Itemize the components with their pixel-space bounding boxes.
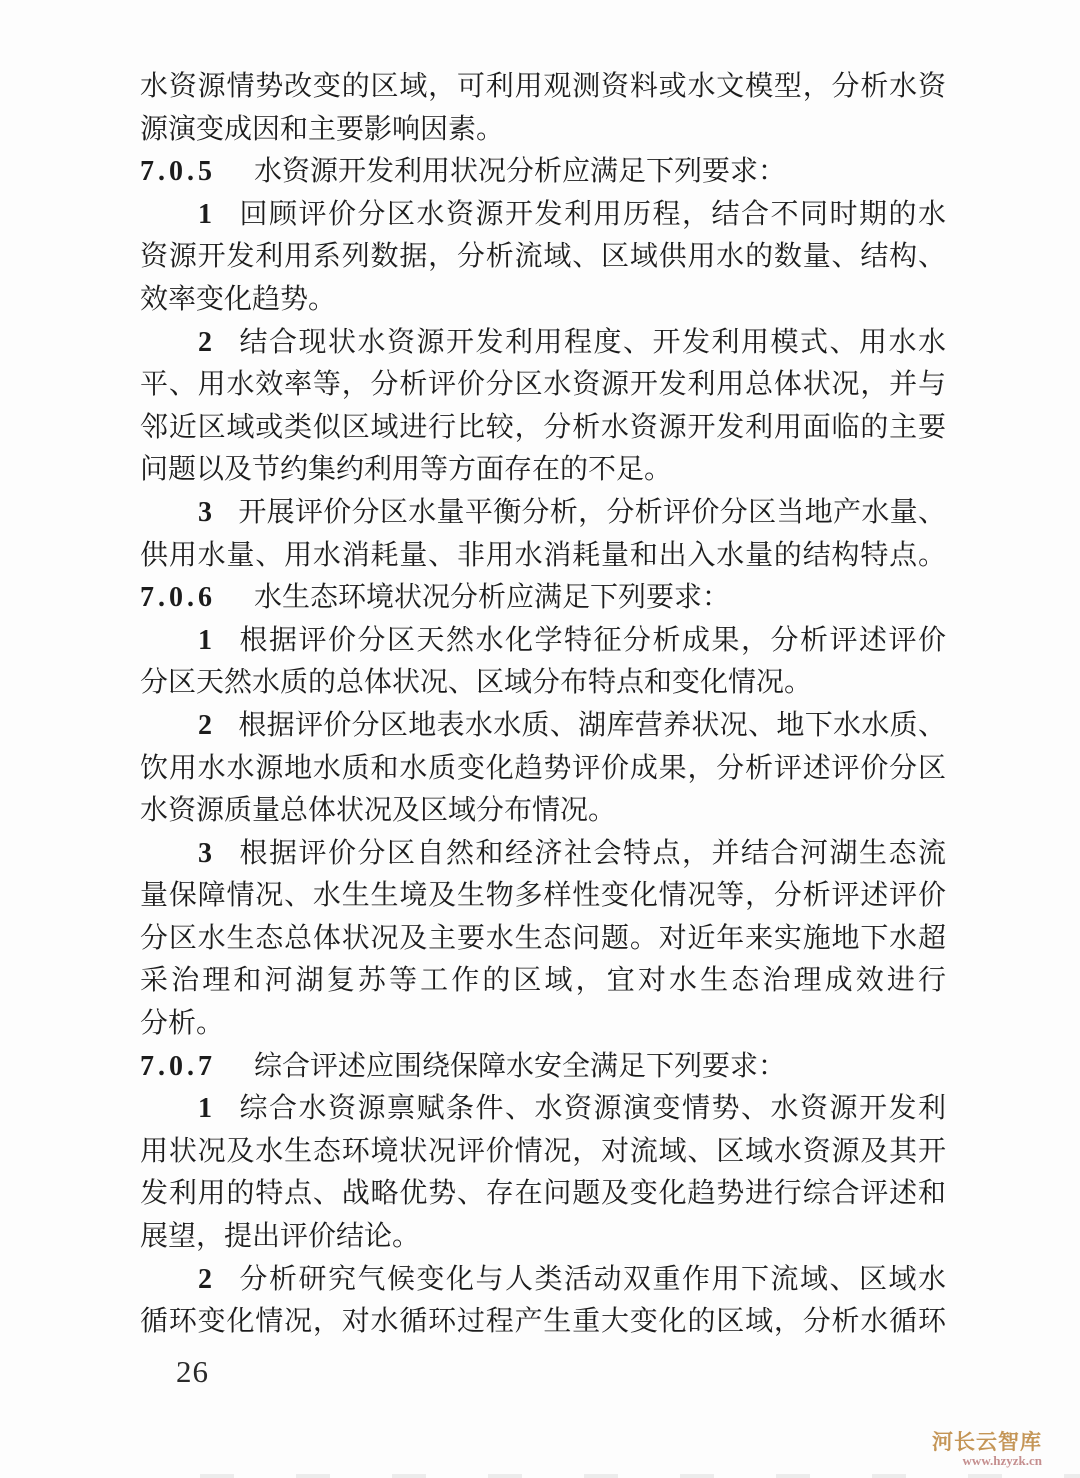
- section-number: 7.0.6: [140, 582, 216, 613]
- watermark-title: 河长云智库: [932, 1432, 1042, 1454]
- line-text: 分区水生态总体状况及主要水生态问题。对近年来实施地下水超: [140, 923, 946, 954]
- item-number: 1: [198, 1093, 212, 1124]
- text-block: 水资源情势改变的区域，可利用观测资料或水文模型，分析水资源演变成因和主要影响因素…: [140, 66, 946, 1344]
- item-number: 2: [198, 710, 212, 741]
- item-number: 1: [198, 199, 212, 230]
- line-text: 供用水量、用水消耗量、非用水消耗量和出入水量的结构特点。: [140, 540, 946, 571]
- text-line: 平、用水效率等，分析评价分区水资源开发利用总体状况，并与: [140, 364, 946, 407]
- line-text: 源演变成因和主要影响因素。: [140, 114, 504, 145]
- text-line: 3开展评价分区水量平衡分析，分析评价分区当地产水量、: [140, 492, 946, 535]
- section-number: 7.0.5: [140, 156, 216, 187]
- item-number: 2: [198, 327, 212, 358]
- section-number: 7.0.7: [140, 1051, 216, 1082]
- text-line: 1综合水资源禀赋条件、水资源演变情势、水资源开发利: [140, 1088, 946, 1131]
- line-text: 综合水资源禀赋条件、水资源演变情势、水资源开发利: [238, 1093, 946, 1124]
- line-text: 水资源情势改变的区域，可利用观测资料或水文模型，分析水资: [140, 71, 946, 102]
- text-line: 发利用的特点、战略优势、存在问题及变化趋势进行综合评述和: [140, 1173, 946, 1216]
- line-text: 循环变化情况，对水循环过程产生重大变化的区域，分析水循环: [140, 1306, 946, 1337]
- text-line: 量保障情况、水生生境及生物多样性变化情况等，分析评述评价: [140, 875, 946, 918]
- line-text: 根据评价分区天然水化学特征分析成果，分析评述评价: [238, 625, 946, 656]
- text-line: 水资源质量总体状况及区域分布情况。: [140, 790, 946, 833]
- text-line: 1根据评价分区天然水化学特征分析成果，分析评述评价: [140, 620, 946, 663]
- watermark-url: www.hzyzk.cn: [932, 1454, 1042, 1468]
- text-line: 7.0.6水生态环境状况分析应满足下列要求：: [140, 577, 946, 620]
- text-line: 资源开发利用系列数据，分析流域、区域供用水的数量、结构、: [140, 236, 946, 279]
- line-text: 水生态环境状况分析应满足下列要求：: [254, 582, 730, 613]
- line-text: 效率变化趋势。: [140, 284, 336, 315]
- text-line: 用状况及水生态环境状况评价情况，对流域、区域水资源及其开: [140, 1131, 946, 1174]
- line-text: 邻近区域或类似区域进行比较，分析水资源开发利用面临的主要: [140, 412, 946, 443]
- text-line: 分区天然水质的总体状况、区域分布特点和变化情况。: [140, 662, 946, 705]
- text-line: 7.0.7综合评述应围绕保障水安全满足下列要求：: [140, 1046, 946, 1089]
- document-page: 水资源情势改变的区域，可利用观测资料或水文模型，分析水资源演变成因和主要影响因素…: [0, 0, 1080, 1478]
- item-number: 3: [198, 497, 212, 528]
- text-line: 水资源情势改变的区域，可利用观测资料或水文模型，分析水资: [140, 66, 946, 109]
- line-text: 开展评价分区水量平衡分析，分析评价分区当地产水量、: [238, 497, 946, 528]
- line-text: 分析。: [140, 1008, 224, 1039]
- item-number: 3: [198, 838, 212, 869]
- text-line: 效率变化趋势。: [140, 279, 946, 322]
- line-text: 水资源质量总体状况及区域分布情况。: [140, 795, 616, 826]
- page-number: 26: [176, 1352, 209, 1392]
- item-number: 2: [198, 1264, 212, 1295]
- line-text: 分区天然水质的总体状况、区域分布特点和变化情况。: [140, 667, 812, 698]
- line-text: 展望，提出评价结论。: [140, 1221, 420, 1252]
- text-line: 2分析研究气候变化与人类活动双重作用下流域、区域水: [140, 1259, 946, 1302]
- watermark: 河长云智库 www.hzyzk.cn: [932, 1432, 1042, 1468]
- text-line: 3根据评价分区自然和经济社会特点，并结合河湖生态流: [140, 833, 946, 876]
- line-text: 回顾评价分区水资源开发利用历程，结合不同时期的水: [238, 199, 946, 230]
- line-text: 根据评价分区地表水水质、湖库营养状况、地下水水质、: [238, 710, 946, 741]
- line-text: 饮用水水源地水质和水质变化趋势评价成果，分析评述评价分区: [140, 753, 946, 784]
- text-line: 采治理和河湖复苏等工作的区域，宜对水生态治理成效进行: [140, 960, 946, 1003]
- text-line: 饮用水水源地水质和水质变化趋势评价成果，分析评述评价分区: [140, 748, 946, 791]
- line-text: 分析研究气候变化与人类活动双重作用下流域、区域水: [238, 1264, 946, 1295]
- line-text: 根据评价分区自然和经济社会特点，并结合河湖生态流: [238, 838, 946, 869]
- text-line: 展望，提出评价结论。: [140, 1216, 946, 1259]
- line-text: 综合评述应围绕保障水安全满足下列要求：: [254, 1051, 786, 1082]
- text-line: 供用水量、用水消耗量、非用水消耗量和出入水量的结构特点。: [140, 535, 946, 578]
- text-line: 2根据评价分区地表水水质、湖库营养状况、地下水水质、: [140, 705, 946, 748]
- line-text: 平、用水效率等，分析评价分区水资源开发利用总体状况，并与: [140, 369, 946, 400]
- line-text: 采治理和河湖复苏等工作的区域，宜对水生态治理成效进行: [140, 965, 946, 996]
- line-text: 资源开发利用系列数据，分析流域、区域供用水的数量、结构、: [140, 241, 946, 272]
- text-line: 循环变化情况，对水循环过程产生重大变化的区域，分析水循环: [140, 1301, 946, 1344]
- line-text: 结合现状水资源开发利用程度、开发利用模式、用水水: [238, 327, 946, 358]
- text-line: 7.0.5水资源开发利用状况分析应满足下列要求：: [140, 151, 946, 194]
- text-line: 2结合现状水资源开发利用程度、开发利用模式、用水水: [140, 322, 946, 365]
- line-text: 用状况及水生态环境状况评价情况，对流域、区域水资源及其开: [140, 1136, 946, 1167]
- text-line: 1回顾评价分区水资源开发利用历程，结合不同时期的水: [140, 194, 946, 237]
- line-text: 发利用的特点、战略优势、存在问题及变化趋势进行综合评述和: [140, 1178, 946, 1209]
- scan-artifact: [200, 1474, 1080, 1478]
- item-number: 1: [198, 625, 212, 656]
- line-text: 量保障情况、水生生境及生物多样性变化情况等，分析评述评价: [140, 880, 946, 911]
- text-line: 分区水生态总体状况及主要水生态问题。对近年来实施地下水超: [140, 918, 946, 961]
- text-line: 问题以及节约集约利用等方面存在的不足。: [140, 449, 946, 492]
- text-line: 分析。: [140, 1003, 946, 1046]
- line-text: 水资源开发利用状况分析应满足下列要求：: [254, 156, 786, 187]
- text-line: 源演变成因和主要影响因素。: [140, 109, 946, 152]
- line-text: 问题以及节约集约利用等方面存在的不足。: [140, 454, 672, 485]
- text-line: 邻近区域或类似区域进行比较，分析水资源开发利用面临的主要: [140, 407, 946, 450]
